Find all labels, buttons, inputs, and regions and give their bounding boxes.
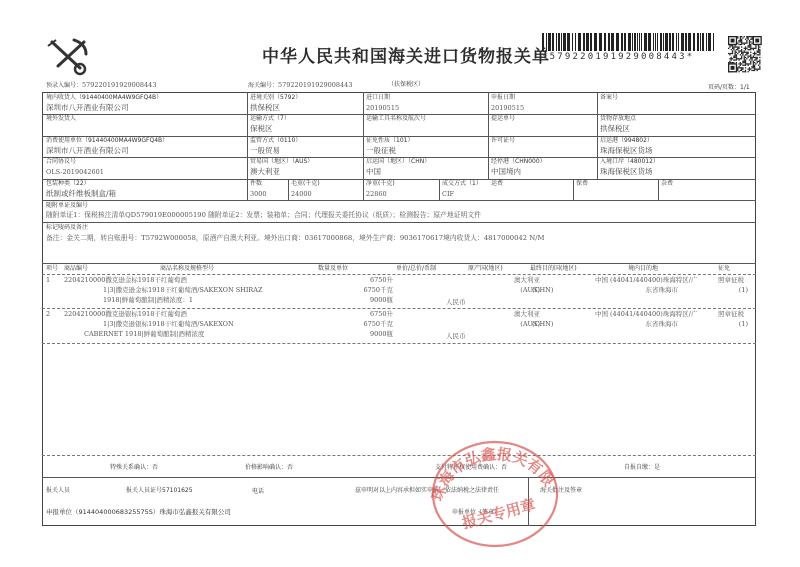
grid-line [42, 274, 756, 275]
transport-mode-label: 运输方式（7） [250, 115, 290, 123]
grid-line [363, 92, 364, 200]
record-no-label: 备案号 [600, 94, 618, 102]
item-hs-code-name: 2204210000撒克逊银标1918干红葡萄酒 [64, 310, 187, 319]
entry-customs-label: 进境关别（5792） [250, 94, 301, 102]
customs-number: 海关编号：579220191929008443 [248, 81, 352, 90]
storage-place-label: 货物存放地点 [600, 115, 636, 123]
net-weight-value: 22860 [366, 190, 387, 199]
phone-label: 电话 [252, 488, 264, 496]
entry-customs-value: 拱保税区 [250, 103, 280, 113]
declaring-unit: 申报单位（91440400068325575S）珠海市弘鑫报关有限公司 [46, 508, 231, 516]
levy-nature-label: 征免性质（101） [366, 137, 413, 145]
gross-weight-value: 24000 [291, 190, 312, 199]
item-spec-line: CABERNET 1918|鲜葡萄酿制|酒精浓度 [84, 330, 204, 339]
grid-line [42, 179, 756, 180]
company-seal-stamp: 珠海市弘鑫报关有限公司 报关专用章 [420, 432, 570, 552]
item-levy-code: (1) [728, 286, 748, 295]
item-currency: 人民币 [446, 332, 466, 341]
item-hs-code-name: 2204210000撒克逊金标1918干红葡萄酒 [64, 276, 187, 285]
item-origin-code: (AUS) [480, 286, 540, 295]
svg-text:报关专用章: 报关专用章 [460, 496, 537, 533]
attached-docs-value: 随附单证1：保税核注清单QD579019E000005190 随附单证2：发票；… [46, 211, 481, 220]
qr-code-image [728, 36, 762, 74]
item-origin: 澳大利亚 [480, 276, 540, 285]
column-header: 境内目的地 [628, 265, 658, 273]
barcode-text: *579220191929008443* [542, 52, 694, 62]
remarks-value: 备注：金关二期，转自账册号：T5792W000058，原酒产自澳大利亚。境外出口… [46, 234, 544, 243]
consignee-label: 境内收货人（91440400MA4W9GFQ4B） [46, 94, 162, 102]
item-destination-code: (CHN) [532, 286, 553, 295]
declare-date-value: 20190515 [491, 104, 524, 113]
levy-nature-value: 一般征税 [366, 146, 396, 156]
item-quantity: 6750千克 [333, 286, 393, 295]
pieces-value: 3000 [250, 190, 267, 199]
customs-no-label: 海关编号： [248, 82, 278, 89]
overseas-shipper-label: 境外发货人 [46, 115, 76, 123]
contract-no-value: OLS-2019042601 [46, 168, 104, 177]
item-spec-line: 1|3|撒克逊金标1918干红葡萄酒/SAKEXON SHIRAZ [103, 286, 263, 295]
grid-line [42, 308, 756, 309]
item-no: 2 [46, 310, 50, 319]
pre-entry-number: 预录入编号：579220191929008443 [46, 81, 156, 90]
zone-note: （扶保税区） [388, 81, 424, 89]
item-origin-code: (AUS) [480, 320, 540, 329]
package-type-label: 包装种类（22） [46, 180, 90, 188]
item-spec-line: 1|3|撒克逊银标1918干红葡萄酒/SAKEXON [103, 320, 234, 329]
declarant-label: 报关人员 [46, 487, 70, 495]
item-destination: 中国 [568, 276, 608, 285]
item-quantity: 9000瓶 [333, 296, 393, 305]
transit-port-value: 中国境内 [491, 167, 521, 177]
consumer-label: 消费使用单位（91440400MA4W9GFQ4B） [46, 137, 168, 145]
item-quantity: 6750升 [333, 310, 393, 319]
grid-line [597, 92, 598, 180]
page-indicator: 页码/页数：1/1 [708, 84, 750, 92]
customs-no-value: 579220191929008443 [278, 81, 352, 89]
item-domestic-destination: 东省珠海市 [618, 286, 678, 295]
column-header: 商品编号 [64, 265, 88, 273]
declarant-cert: 报关人员证号57101625 [126, 487, 193, 495]
item-spec-line: 1918|鲜葡萄酿制|酒精浓度：1 [103, 296, 193, 305]
item-quantity: 6750千克 [333, 320, 393, 329]
special-relation-confirm: 特殊关系确认：否 [110, 464, 158, 472]
origin-country-label: 启运国（地区）（CHN） [366, 158, 430, 166]
net-weight-label: 净重(千克) [366, 180, 395, 188]
origin-country-value: 中国 [366, 167, 381, 177]
column-header: 征免 [718, 265, 730, 273]
grid-line [247, 92, 248, 200]
entry-port-value: 珠海保税区货场 [600, 167, 653, 177]
column-header: 商品名称及规格型号 [160, 265, 214, 273]
grid-line [439, 179, 440, 200]
deal-mode-label: 成交方式（1） [442, 180, 482, 188]
grid-line [42, 200, 756, 201]
grid-line [658, 179, 659, 200]
trade-country-label: 贸易国（地区）（AUS） [250, 158, 313, 166]
item-domestic-destination: (44041/440400)珠海特区/广 [610, 310, 697, 319]
consumer-value: 深圳市八开酒业有限公司 [46, 146, 129, 156]
item-no: 1 [46, 276, 50, 285]
vessel-label: 运输工具名称及航次号 [366, 115, 426, 123]
deal-mode-value: CIF [442, 190, 454, 199]
import-date-label: 进口日期 [366, 94, 390, 102]
grid-line [42, 343, 756, 344]
freight-label: 运费 [491, 180, 503, 188]
item-levy: 照章征税 [718, 310, 744, 319]
document-title: 中华人民共和国海关进口货物报关单 [262, 42, 550, 67]
barcode-image [542, 33, 714, 51]
column-header: 数量及单位 [318, 265, 348, 273]
self-report-confirm: 自报自缴：是 [624, 464, 660, 472]
license-no-label: 许可证号 [491, 137, 515, 145]
supervision-value: 一般贸易 [250, 146, 280, 156]
item-destination-code: (CHN) [532, 320, 553, 329]
declare-date-label: 申报日期 [491, 94, 515, 102]
item-currency: 人民币 [446, 298, 466, 307]
package-type-value: 纸制或纤维板制盒/箱 [46, 189, 116, 199]
grid-line [42, 455, 756, 456]
item-levy: 照章征税 [718, 276, 744, 285]
pre-entry-value: 579220191929008443 [82, 81, 156, 89]
column-header: 单价/总价/币制 [396, 265, 436, 273]
column-header: 原产国(地区) [468, 265, 503, 273]
grid-line [288, 179, 289, 200]
transport-mode-value: 保税区 [250, 124, 273, 134]
misc-fee-label: 杂费 [661, 180, 673, 188]
grid-line [488, 92, 489, 180]
grid-line [42, 222, 756, 223]
insurance-label: 保费 [576, 180, 588, 188]
customs-emblem-icon [46, 36, 92, 78]
remarks-label: 标记唛码及备注 [46, 224, 88, 232]
storage-place-value: 拱保税区 [600, 124, 630, 134]
departure-port-label: 启运港（994802） [600, 137, 653, 145]
grid-line [573, 179, 574, 200]
import-date-value: 20190515 [366, 104, 399, 113]
grid-line [42, 477, 756, 478]
column-header: 项号 [46, 265, 58, 273]
item-quantity: 6750升 [333, 276, 393, 285]
transit-port-label: 经停港（CHN000） [491, 158, 546, 166]
departure-port-value: 珠海保税区货场 [600, 146, 653, 156]
contract-no-label: 合同协议号 [46, 158, 76, 166]
pieces-label: 件数 [250, 180, 262, 188]
consignee-value: 深圳市八开酒业有限公司 [46, 103, 129, 113]
supervision-label: 监管方式（0110） [250, 137, 301, 145]
item-levy-code: (1) [728, 320, 748, 329]
trade-country-value: 澳大利亚 [250, 167, 280, 177]
bill-no-label: 提运单号 [491, 115, 515, 123]
entry-port-label: 入境口岸（480012） [600, 158, 659, 166]
item-origin: 澳大利亚 [480, 310, 540, 319]
pre-entry-label: 预录入编号： [46, 82, 82, 89]
price-impact-confirm: 价格影响确认：否 [245, 464, 293, 472]
item-domestic-destination: (44041/440400)珠海特区/广 [610, 276, 697, 285]
gross-weight-label: 毛重(千克) [291, 180, 320, 188]
item-quantity: 9000瓶 [333, 330, 393, 339]
column-header: 最终目的国(地区) [530, 265, 577, 273]
item-domestic-destination: 东省珠海市 [618, 320, 678, 329]
grid-line [42, 263, 756, 264]
attached-docs-label: 随附单证及编号 [46, 202, 88, 210]
item-destination: 中国 [568, 310, 608, 319]
